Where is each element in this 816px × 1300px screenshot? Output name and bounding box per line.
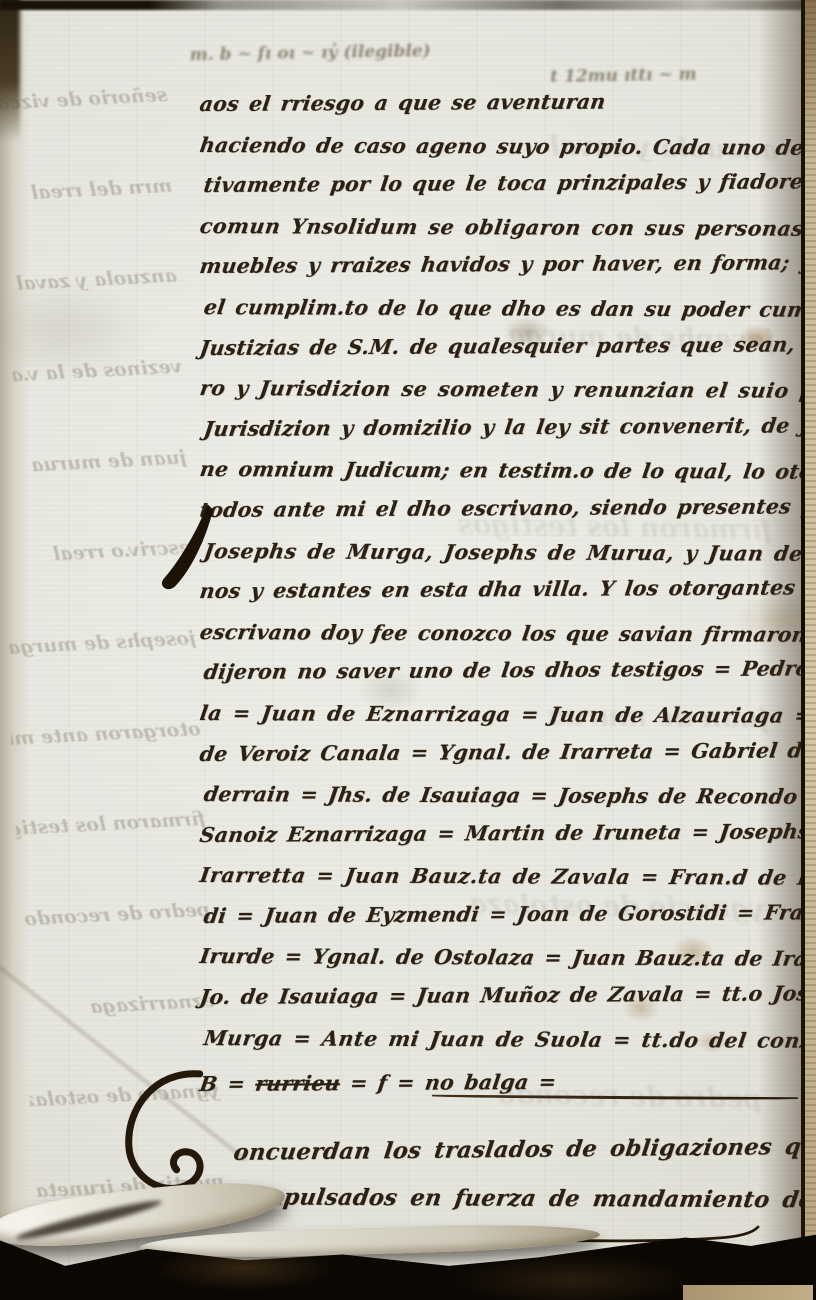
- manuscript-line: Jo. de Isauiaga = Juan Muñoz de Zavala =…: [197, 973, 807, 1017]
- bleedthrough-line: anzuola y zaval: [0, 265, 177, 297]
- manuscript-body: aos el rriesgo a que se aventuran hacien…: [197, 84, 801, 1105]
- bleedthrough-line: firmaron los testigos: [15, 808, 206, 840]
- line-text: Josephs de Murga, Josephs de Murua, y Ju…: [202, 539, 815, 566]
- margin-paraph-flourish: [158, 500, 214, 620]
- remnant-line: t 12mu ıttı ~ m: [550, 63, 790, 87]
- manuscript-line: Justizias de S.M. de qualesquier partes …: [197, 324, 807, 368]
- manuscript-line: todos ante mi el dho escrivano, siendo p…: [197, 486, 807, 530]
- remnant-line: m. b ~ ſı oı ~ ıỷ (ilegible): [190, 41, 431, 65]
- adjacent-page-fore-edge: [805, 0, 816, 1300]
- bleedthrough-line: josephs de murga: [6, 627, 197, 659]
- manuscript-photo: señorio de vizcaya mrn del rreal anzuola…: [0, 0, 816, 1300]
- top-left-corner-shadow: [0, 0, 20, 142]
- closing-line-2: compulsados en fuerza de mandamiento del…: [228, 1184, 816, 1214]
- manuscript-line: derrain = Jhs. de Isauiaga = Josephs de …: [197, 774, 807, 817]
- bleedthrough-line: otorgaron ante mi: [10, 718, 201, 750]
- bottom-right-page-sliver: [683, 1285, 813, 1300]
- manuscript-line: Jurisdizion y domizilio y la ley sit con…: [197, 405, 807, 449]
- binding-shadow: [758, 0, 804, 1300]
- manuscript-line: Murga = Ante mi Juan de Suola = tt.do de…: [197, 1018, 807, 1061]
- manuscript-line: nos y estantes en esta dha villa. Y los …: [197, 567, 807, 611]
- struck-word: rurrieu: [254, 1071, 342, 1096]
- line-text: = f = no balga =: [338, 1070, 558, 1095]
- bleedthrough-line: juan de murua: [0, 446, 187, 478]
- bleedthrough-line: mrn del rreal: [0, 174, 173, 206]
- manuscript-line: dijeron no saver uno de los dhos testigo…: [197, 649, 807, 693]
- manuscript-line: tivamente por lo que le toca prinzipales…: [197, 161, 807, 205]
- manuscript-line: la = Juan de Eznarrizaga = Juan de Alzau…: [197, 693, 807, 736]
- manuscript-line: de Veroiz Canala = Ygnal. de Irarreta = …: [197, 730, 807, 774]
- manuscript-line: di = Juan de Eyzmendi = Joan de Gorostid…: [197, 892, 807, 936]
- top-edge-dark-rim: [0, 0, 816, 10]
- bleedthrough-line: pedro de recondo: [20, 899, 211, 931]
- bleedthrough-line: eznarrizaga: [25, 989, 216, 1021]
- manuscript-line: el cumplim.to de lo que dho es dan su po…: [197, 287, 807, 330]
- manuscript-line: muebles y rraizes havidos y por haver, e…: [197, 243, 807, 287]
- bleedthrough-line: vezinos de la v.a: [0, 355, 182, 387]
- manuscript-line: Sanoiz Eznarrizaga = Martin de Iruneta =…: [197, 811, 807, 855]
